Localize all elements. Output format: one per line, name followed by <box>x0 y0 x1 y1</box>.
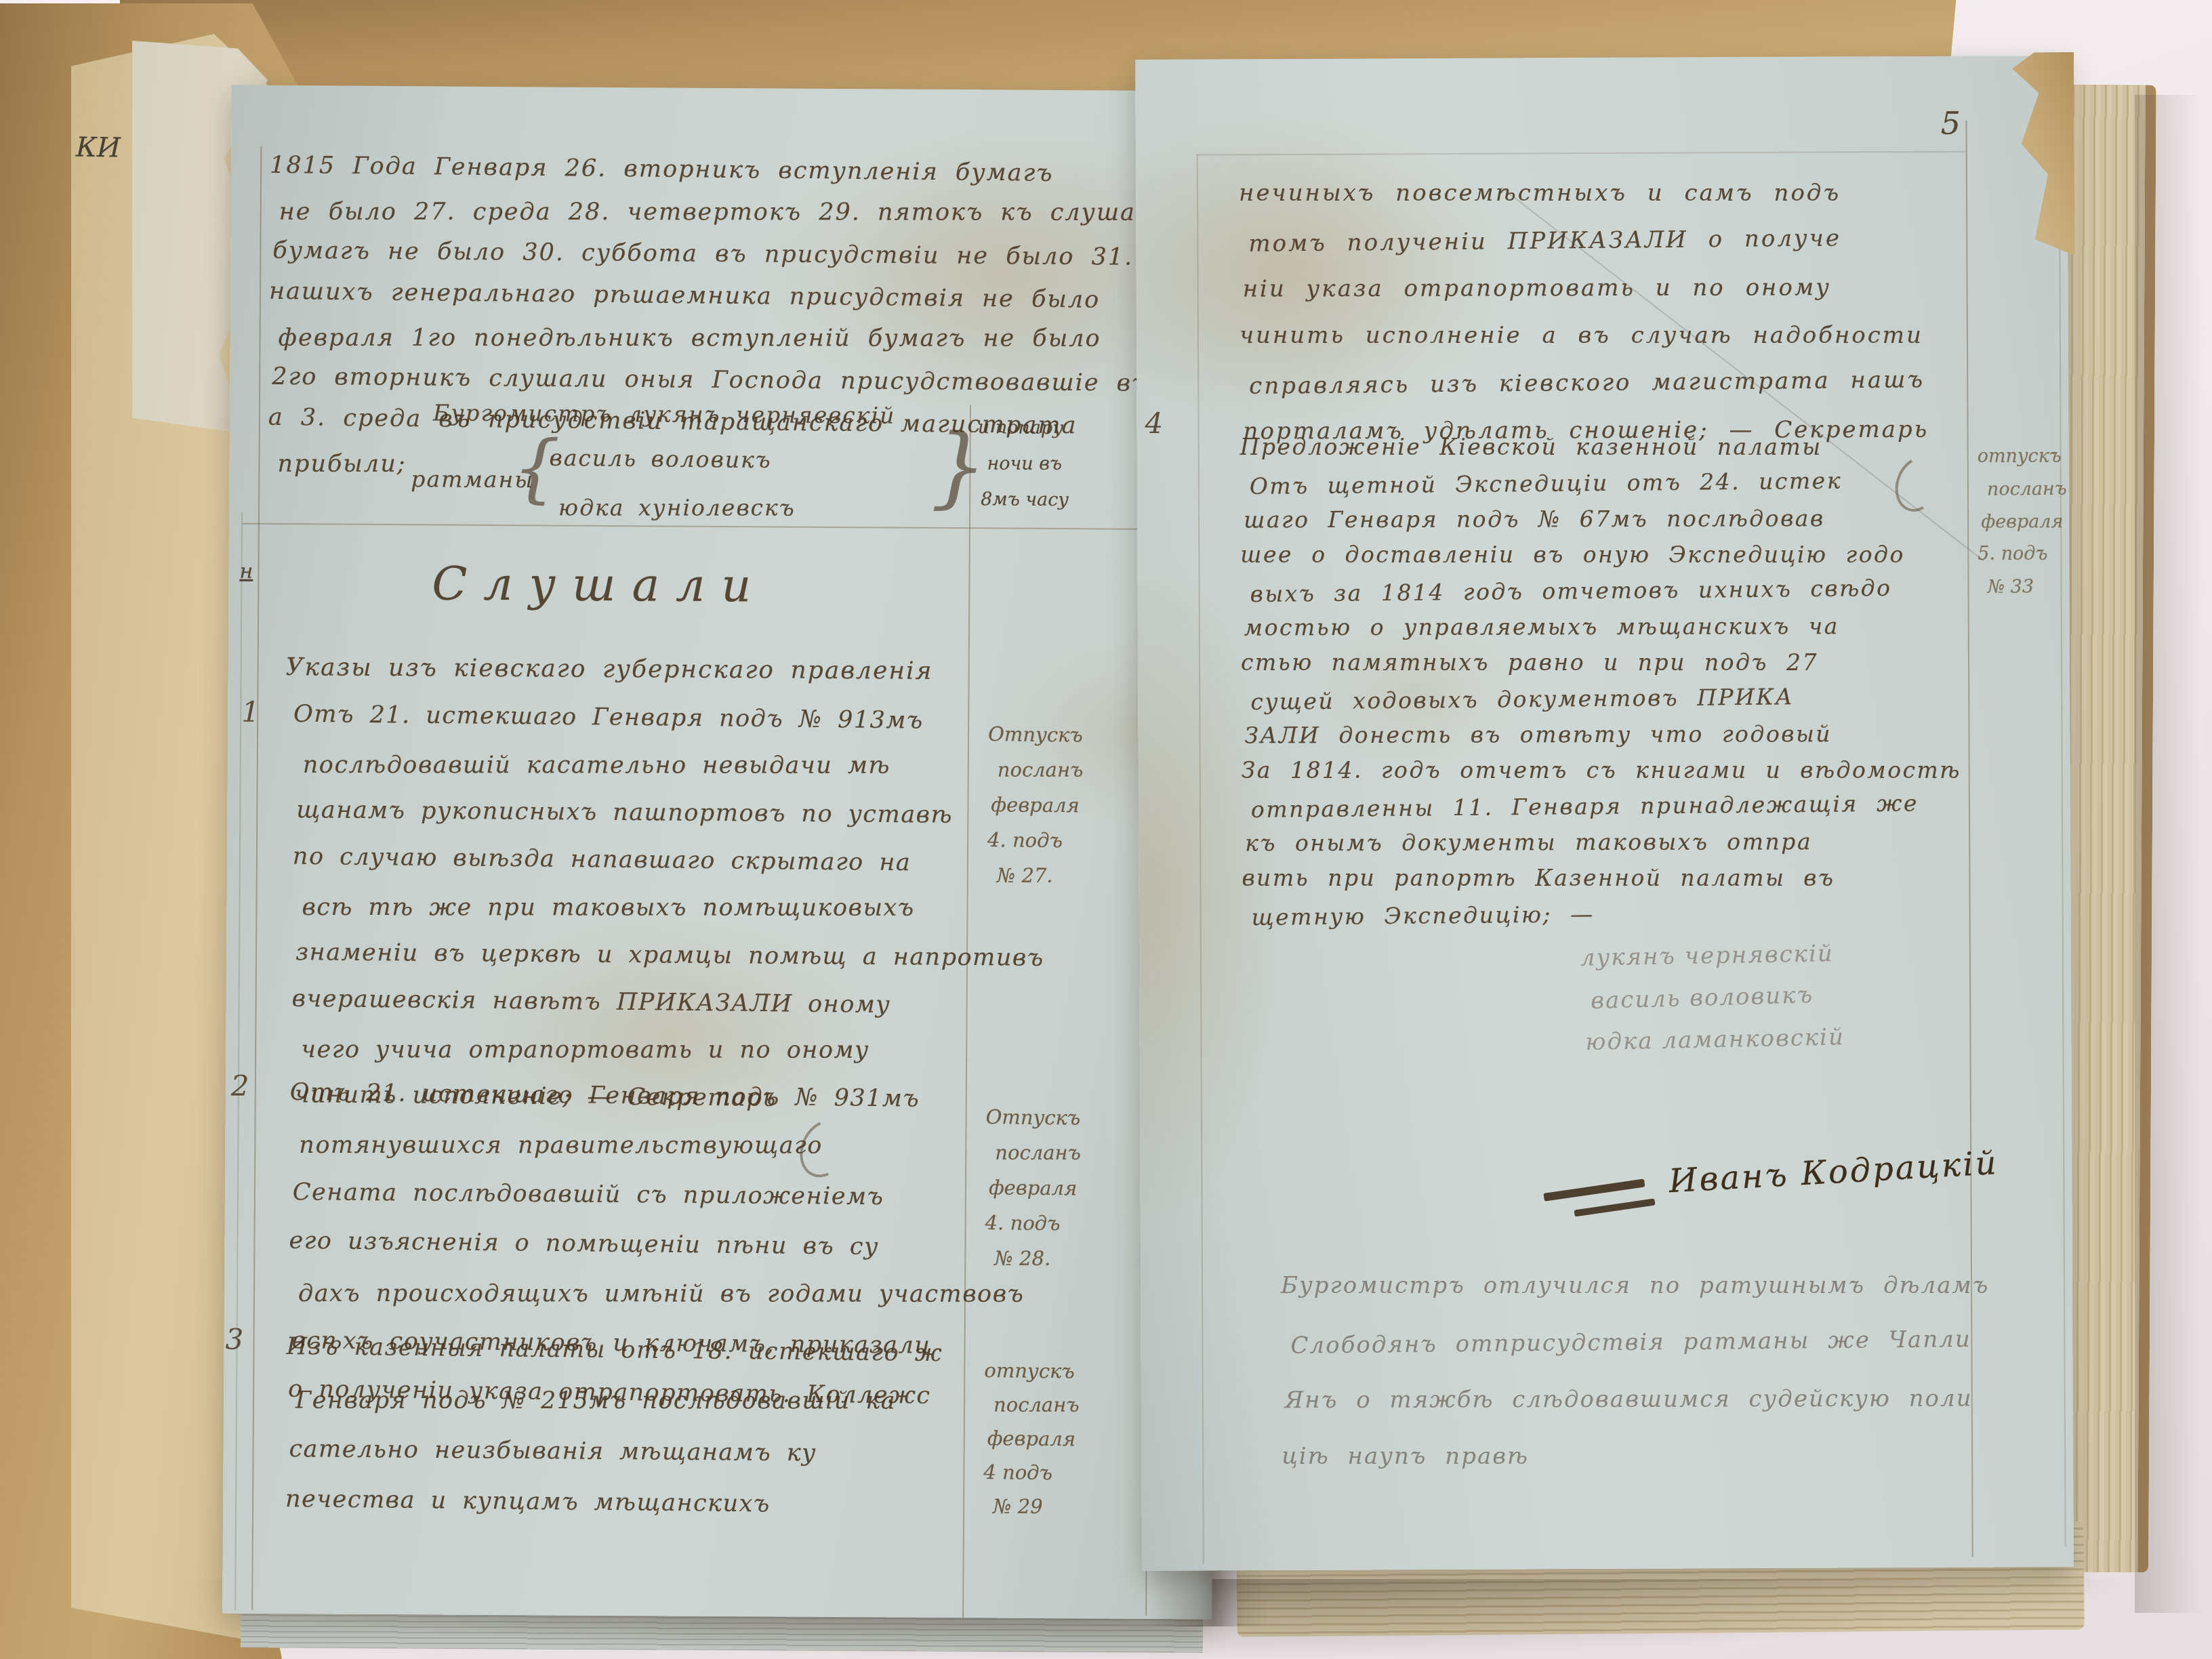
text-line: 8мъ часу <box>981 481 1069 518</box>
ruled-line <box>2059 120 2066 1547</box>
text-line: печества и купцамъ мѣщанскихъ <box>285 1474 942 1532</box>
text-line: мостью о управляемыхъ мѣщанскихъ ча <box>1244 608 1964 646</box>
text-line: вчерашевскія навѣтъ ПРИКАЗАЛИ оному <box>291 975 1040 1031</box>
text-line: нашихъ генеральнаго рѣшаемника присудств… <box>269 270 1238 323</box>
text-line: чего учича отрапортовать и по оному <box>301 1026 1050 1074</box>
ink-signature: Иванъ Кодрацкій <box>1668 1144 1999 1200</box>
text-line: отпускъ <box>984 1353 1075 1388</box>
text-line: Янъ о тяжбѣ слѣдовавшимся судейскую поли <box>1285 1370 1994 1429</box>
text-line: юдка ламанковскій <box>1585 1016 1845 1063</box>
text-line: щетную Экспедицію; — <box>1251 893 1971 935</box>
text-line: Отъ 21. истекшаго Генваря подъ № 931мъ <box>289 1068 1016 1125</box>
margin-note-right: отпускъпосланъфевраля5. подъ№ 33 <box>1976 441 2061 604</box>
margin-note-3: отпускъпосланъфевраля4 подъ№ 29 <box>982 1353 1073 1523</box>
text-line: февраля <box>991 787 1086 823</box>
text-line: отправленны 11. Генваря принадлежащія же <box>1251 785 1971 827</box>
text-line: лукянъ чернявскій <box>1580 933 1839 979</box>
text-line: всѣ тѣ же при таковыхъ помѣщиковыхъ <box>302 884 1050 932</box>
ruled-line <box>234 512 243 1610</box>
text-line: Слободянъ отприсудствія ратманы же Чапли <box>1290 1311 1999 1374</box>
text-line: вить при рапортѣ Казенной палаты въ <box>1242 860 1961 896</box>
margin-note-1: Отпускъпосланъфевраля4. подъ№ 27. <box>986 716 1082 893</box>
folio-number: 5 <box>1940 105 1961 142</box>
text-line: его изъясненія о помѣщеніи пѣни въ су <box>289 1216 1015 1273</box>
text-line: Генваря подъ № 215мъ послѣдовавшій ка <box>295 1376 952 1427</box>
text-line: № 33 <box>1987 571 2072 604</box>
text-line: справляясь изъ кіевского магистрата нашъ <box>1249 356 1935 410</box>
text-line: послѣдовавшій касательно невыдачи мѣ <box>303 741 1052 790</box>
text-line: Отъ щетной Экспедиціи отъ 24. истек <box>1250 462 1970 504</box>
entry-3-continuation-text: нечиныхъ повсемѣстныхъ и самъ подътомъ п… <box>1237 168 1925 455</box>
ratmany-names: василь воловикъюдка хунiолевскъ <box>548 434 785 533</box>
footer-note-text: Бургомистръ отлучился по ратушнымъ дѣлам… <box>1279 1256 1989 1487</box>
pencil-signatures: лукянъ чернявскійвасиль воловикъюдка лам… <box>1578 932 1840 1063</box>
margin-mark: н <box>239 560 253 583</box>
text-line: февраля <box>1981 506 2065 538</box>
text-line: и попару <box>978 409 1066 446</box>
text-line: ночи въ <box>987 446 1075 482</box>
entry-number: 2 <box>231 1069 249 1103</box>
text-line: знаменіи въ церквѣ и храмцы помѣщ а напр… <box>295 928 1044 982</box>
left-page: 1815 Года Генваря 26. вторникъ вступлені… <box>222 85 1221 1620</box>
text-line: Изъ казенныя палаты отъ 18. истекшаго ж <box>286 1322 943 1379</box>
text-line: къ онымъ документы таковыхъ отпра <box>1245 823 1965 861</box>
text-line: потянувшихся правительствующаго <box>299 1121 1025 1171</box>
left-edge-text-fragment: КИ <box>76 131 121 163</box>
burgomistr-line: Бургомистръ лукянъ черняевскій <box>433 399 896 428</box>
ruled-line <box>1197 155 1204 1564</box>
text-line: Сената послѣдовавшій съ приложеніемъ <box>293 1168 1019 1223</box>
text-line: ціѣ наупъ правѣ <box>1282 1428 1990 1485</box>
signature-stroke <box>1574 1198 1655 1216</box>
text-line: посланъ <box>994 1388 1084 1422</box>
entry-3-text: Изъ казенныя палаты отъ 18. истекшаго жГ… <box>284 1323 941 1530</box>
text-line: Отпускъ <box>985 1099 1080 1135</box>
text-line: томъ полученіи ПРИКАЗАЛИ о получе <box>1248 213 1934 268</box>
text-line: ЗАЛИ донесть въ отвѣту что годовый <box>1244 716 1964 754</box>
text-line: посланъ <box>998 752 1092 787</box>
ruled-line <box>251 146 262 1610</box>
entry-number: 1 <box>241 695 260 729</box>
text-line: выхъ за 1814 годъ отчетовъ ихнихъ свѣдо <box>1250 569 1970 612</box>
entry-number: 4 <box>1145 407 1163 440</box>
text-line: 4. подъ <box>987 822 1082 858</box>
session-time-note: и попаруночи въ8мъ часу <box>976 409 1065 518</box>
text-line: 1815 Года Генваря 26. вторникъ вступлені… <box>270 144 1239 197</box>
text-line: Отпускъ <box>988 716 1083 752</box>
entry-number: 3 <box>225 1323 243 1356</box>
text-line: февраля 1го понедѣльникъ вступленій бума… <box>279 317 1248 360</box>
right-page: 5 нечиныхъ повсемѣстныхъ и самъ подътомъ… <box>1135 56 2074 1571</box>
entry-1-text: Отъ 21. истекшаго Генваря подъ № 913мъпо… <box>290 692 1041 1124</box>
text-line: ніи указа отрапортовать и по оному <box>1243 264 1929 313</box>
text-line: щанамъ рукописныхъ пашпортовъ по уставѣ <box>296 786 1045 840</box>
text-line: василь воловикъ <box>1590 973 1850 1022</box>
text-line: февраля <box>989 1170 1084 1206</box>
text-line: по случаю выѣзда напавшаго скрытаго на <box>293 833 1042 888</box>
text-line: Бургомистръ отлучился по ратушнымъ дѣлам… <box>1281 1257 1989 1314</box>
text-line: юдка хунiолевскъ <box>558 483 796 532</box>
text-line: Отъ 21. истекшаго Генваря подъ № 913мъ <box>293 691 1042 746</box>
text-line: № 27. <box>997 858 1092 893</box>
text-line: № 28. <box>994 1241 1089 1276</box>
text-line: чинить исполненіе а въ случаѣ надобности <box>1240 312 1925 359</box>
photo-backdrop: КИ 1815 Года Генваря 26. вторникъ вступл… <box>0 0 2212 1659</box>
section-heading: Слушали <box>432 557 767 613</box>
text-line: 4. подъ <box>985 1205 1080 1241</box>
torn-corner <box>1986 52 2074 256</box>
text-line: дахъ происходящихъ имѣній въ годами учас… <box>298 1269 1024 1319</box>
text-line: № 29 <box>993 1490 1083 1523</box>
book-side-shadow <box>2135 95 2203 1613</box>
text-line: За 1814. годъ отчетъ съ книгами и вѣдомо… <box>1242 752 1961 788</box>
text-line: нечиныхъ повсемѣстныхъ и самъ подъ <box>1239 169 1925 217</box>
text-line: сательно неизбыванія мѣщанамъ ку <box>289 1424 945 1480</box>
margin-note-2: Отпускъпосланъфевраля4. подъ№ 28. <box>983 1099 1079 1276</box>
text-line: посланъ <box>1987 473 2072 506</box>
text-line: 5. подъ <box>1978 538 2062 571</box>
entry-4-text: Предложеніе Кіевской казенной палатыОтъ … <box>1239 428 1961 934</box>
text-line: посланъ <box>995 1135 1090 1170</box>
ruled-line <box>1197 151 1966 156</box>
text-line: стью памятныхъ равно и при подъ 27 <box>1241 644 1961 680</box>
section-subheading: Указы изъ кіевскаго губернскаго правлені… <box>286 653 933 685</box>
text-line: Предложеніе Кіевской казенной палаты <box>1240 429 1960 465</box>
signature-stroke <box>1543 1179 1645 1201</box>
text-line: не было 27. среда 28. четвертокъ 29. пят… <box>279 191 1248 234</box>
text-line: отпускъ <box>1978 441 2062 473</box>
text-line: шаго Генваря подъ № 67мъ послѣдовав <box>1244 500 1963 538</box>
text-line: шее о доставленіи въ оную Экспедицію год… <box>1240 537 1960 573</box>
text-line: сущей ходовыхъ документовъ ПРИКА <box>1250 677 1971 720</box>
text-line: февраля <box>987 1421 1078 1456</box>
text-line: василь воловикъ <box>549 434 786 485</box>
text-line: 4 подъ <box>983 1455 1074 1490</box>
